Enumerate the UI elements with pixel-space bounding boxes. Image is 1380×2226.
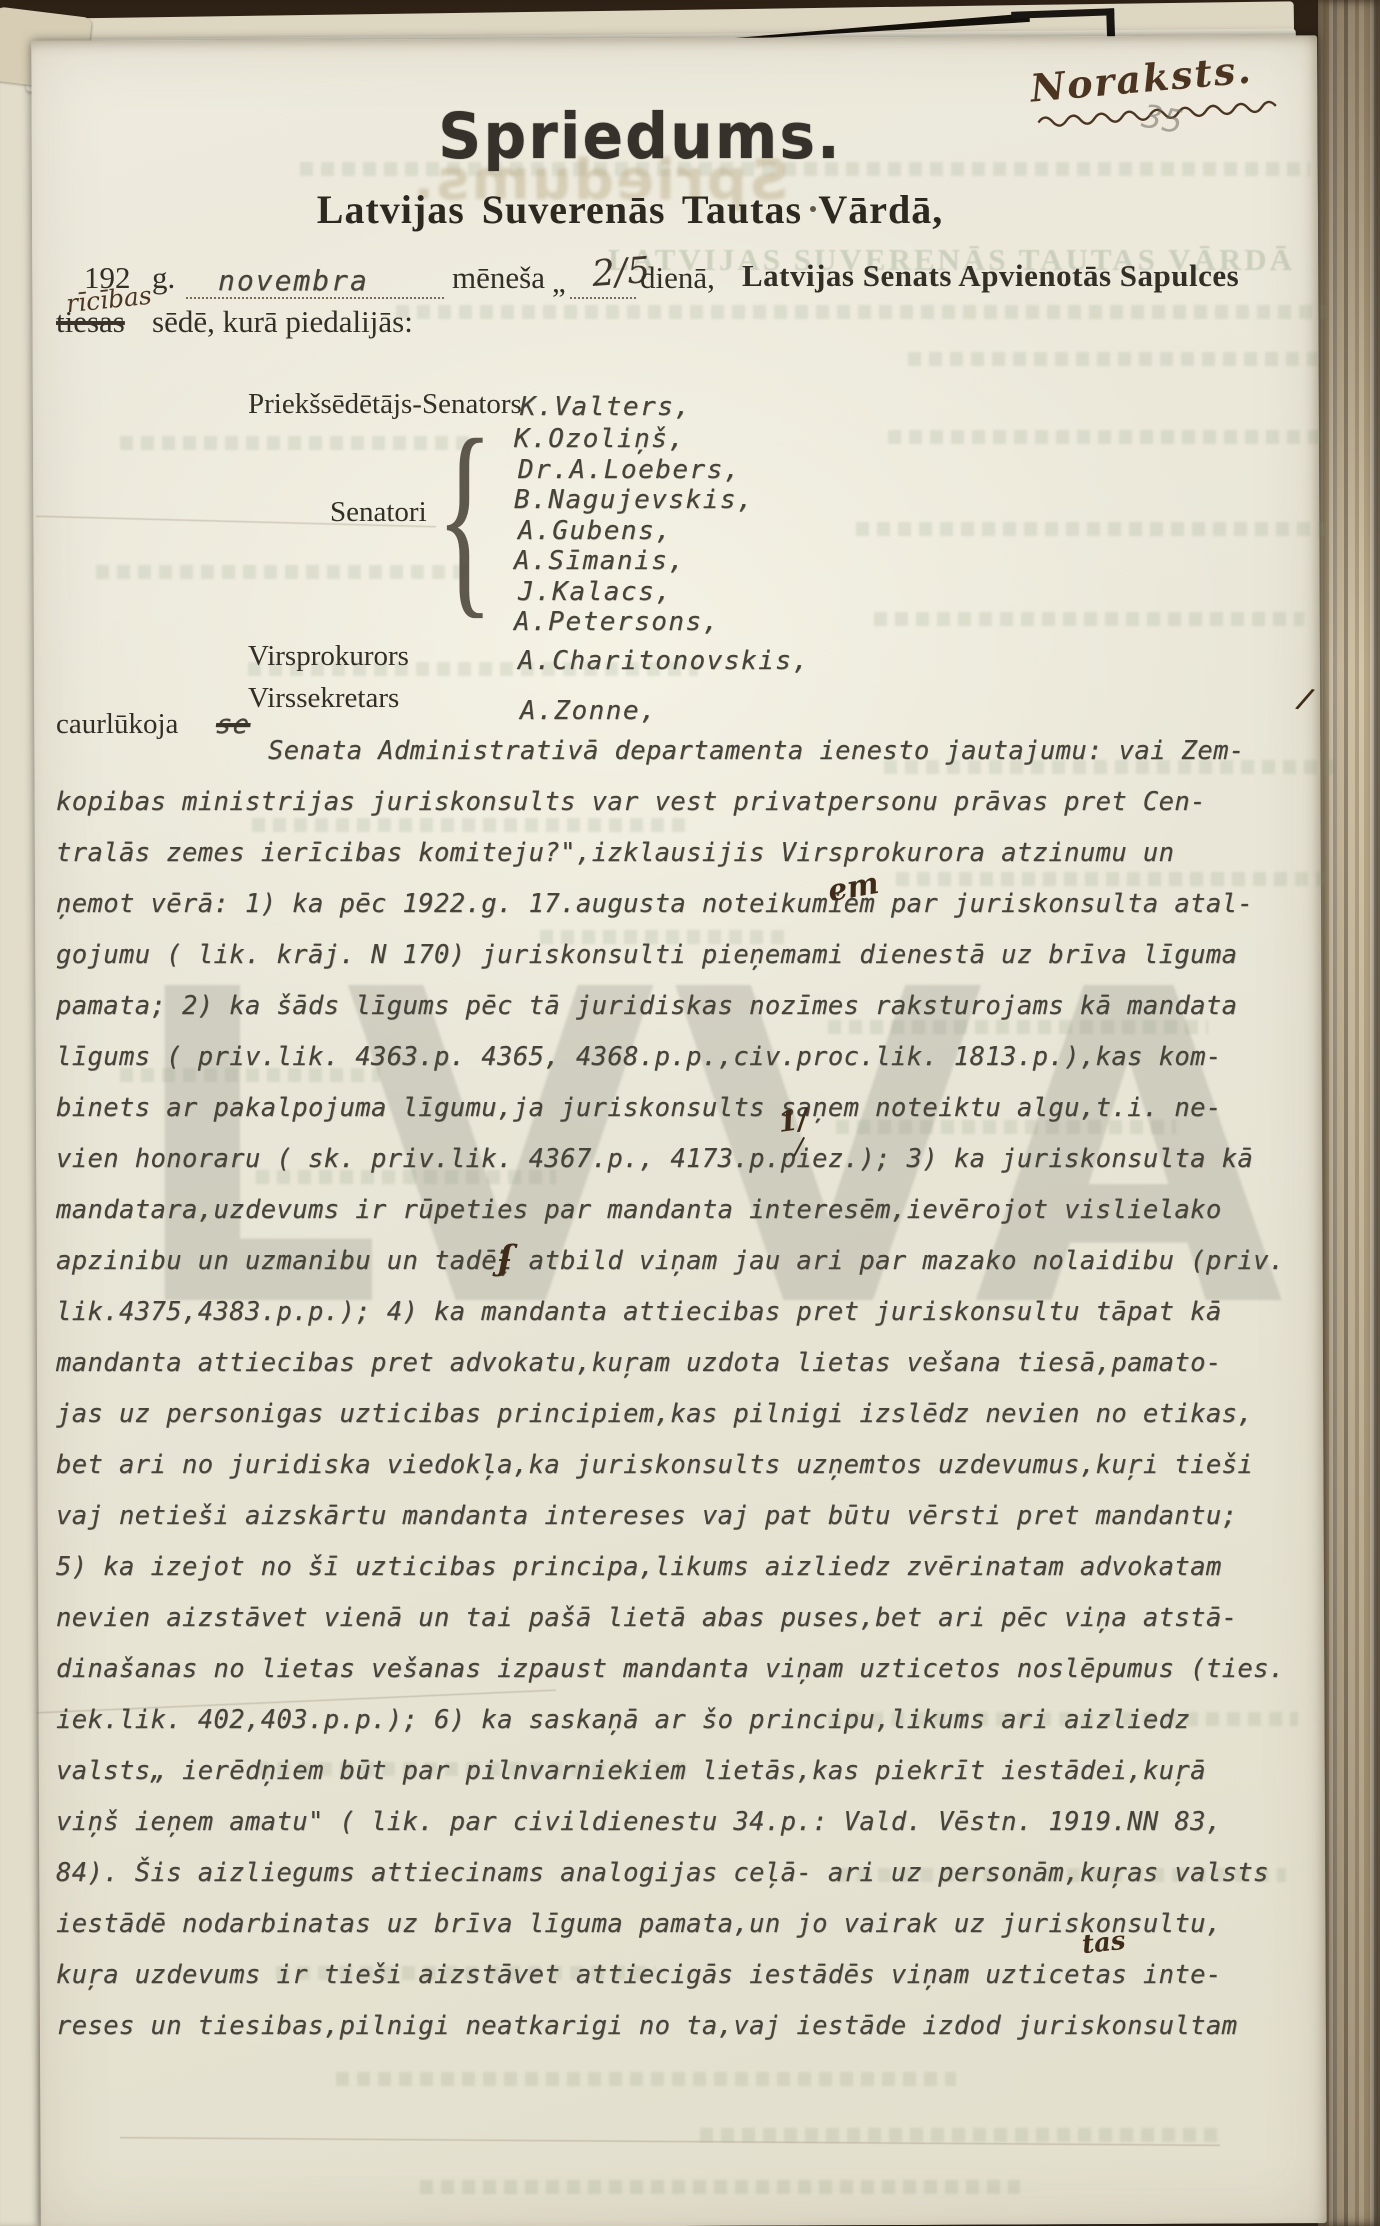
body-line: lik.4375,4383.p.p.); 4) ka mandanta atti… xyxy=(56,1297,1331,1348)
body-line: līgums ( priv.lik. 4363.p. 4365, 4368.p.… xyxy=(56,1042,1331,1093)
body-line: bet ari no juridiska viedokļa,ka jurisko… xyxy=(56,1450,1331,1501)
body-line: ņemot vērā: 1) ka pēc 1922.g. 17.augusta… xyxy=(56,889,1331,940)
senators-label: Senatori xyxy=(330,496,427,529)
showthrough-text-smudge xyxy=(856,522,1326,536)
body-line: nevien aizstāvet vienā un tai pašā lietā… xyxy=(56,1603,1331,1654)
senator-name: J.Kalacs, xyxy=(518,577,754,608)
body-line: vaj netieši aizskārtu mandanta intereses… xyxy=(56,1501,1331,1552)
senator-name: A.Gubens, xyxy=(518,516,754,547)
scanned-document-page: Spriedums. LATVIJAS SUVERENĀS TAUTAS VĀR… xyxy=(0,0,1380,2226)
body-line: mandatara,uzdevums ir rūpeties par manda… xyxy=(56,1195,1331,1246)
prosecutor-name: A.Charitonovskis, xyxy=(518,646,810,676)
body-line: jas uz personigas uzticibas principiem,k… xyxy=(56,1399,1331,1450)
body-line: kopibas ministrijas juriskonsults var ve… xyxy=(56,787,1331,838)
showthrough-text-smudge xyxy=(396,305,1326,319)
body-line: dinašanas no lietas vešanas izpaust mand… xyxy=(56,1654,1331,1705)
body-line: reses un tiesibas,pilnigi neatkarigi no … xyxy=(56,2011,1331,2062)
day-word: dienā, xyxy=(640,260,715,296)
senator-name: K.Ozoliņš, xyxy=(514,424,754,455)
showthrough-text-smudge xyxy=(874,612,1304,626)
brace-glyph: { xyxy=(436,408,494,626)
body-line: apzinibu un uzmanibu un tadēļ atbild viņ… xyxy=(56,1246,1331,1297)
handwritten-insertion: tas xyxy=(1081,1926,1127,1960)
ink-correction-curl: ʄ xyxy=(498,1238,513,1278)
form-dotted-line xyxy=(570,296,636,299)
body-line: iek.lik. 402,403.p.p.); 6) ka saskaņā ar… xyxy=(56,1705,1331,1756)
senator-name: A.Petersons, xyxy=(514,607,754,638)
body-line: mandanta attiecibas pret advokatu,kuŗam … xyxy=(56,1348,1331,1399)
showthrough-text-smudge xyxy=(888,430,1328,444)
showthrough-text-smudge xyxy=(700,2128,1220,2142)
senators-list: K.Ozoliņš,Dr.A.Loebers,B.Nagujevskis,A.G… xyxy=(514,424,754,638)
secretary-name: A.Zonne, xyxy=(520,696,657,726)
pencil-page-number: 35 xyxy=(1139,97,1186,141)
body-line: Senata Administrativā departamenta ienes… xyxy=(56,736,1331,787)
body-line: vien honoraru ( sk. priv.lik. 4367.p., 4… xyxy=(56,1144,1331,1195)
showthrough-text-smudge xyxy=(96,565,466,579)
year-unit: g. xyxy=(152,260,175,296)
body-line: 5) ka izejot no šī uzticibas principa,li… xyxy=(56,1552,1331,1603)
body-line: viņš ieņem amatu" ( lik. par civildienes… xyxy=(56,1807,1331,1858)
page-subtitle: Latvijas Suverenās Tautas Vārdā, xyxy=(210,186,1050,233)
body-line: kuŗa uzdevums ir tieši aizstāvet attieci… xyxy=(56,1960,1331,2011)
handwritten-insertion: 1/ xyxy=(776,1102,810,1139)
senator-name: A.Sīmanis, xyxy=(514,546,754,577)
session-text: sēdē, kurā piedalijās: xyxy=(152,304,413,340)
showthrough-text-smudge xyxy=(120,436,470,450)
body-line: pamata; 2) ka šāds līgums pēc tā juridis… xyxy=(56,991,1331,1042)
body-line: iestādē nodarbinatas uz brīva līguma pam… xyxy=(56,1909,1331,1960)
body-line: gojumu ( lik. krāj. N 170) juriskonsulti… xyxy=(56,940,1331,991)
chairman-name: K.Valters, xyxy=(520,392,692,422)
page-title: Spriedums. xyxy=(330,100,950,174)
open-quote: „ xyxy=(552,264,566,300)
senator-name: Dr.A.Loebers, xyxy=(518,455,754,486)
prosecutor-label: Virsprokurors xyxy=(248,640,409,673)
showthrough-text-smudge xyxy=(336,2072,956,2086)
body-line: tralās zemes ierīcibas komiteju?",izklau… xyxy=(56,838,1331,889)
showthrough-text-smudge xyxy=(420,2180,1020,2194)
body-line: 84). Šis aizliegums attiecinams analogij… xyxy=(56,1858,1331,1909)
month-word: mēneša xyxy=(452,260,545,296)
struck-word: tiesas xyxy=(56,304,125,340)
body-line: valsts„ ierēdņiem būt par pilnvarniekiem… xyxy=(56,1756,1331,1807)
secretary-label: Virssekretars xyxy=(248,682,399,715)
judgment-body-text: Senata Administrativā departamenta ienes… xyxy=(56,736,1331,2062)
showthrough-text-smudge xyxy=(908,352,1318,366)
senator-name: B.Nagujevskis, xyxy=(514,485,754,516)
court-name: Latvijas Senats Apvienotās Sapulces xyxy=(742,258,1239,294)
typed-month: novembra xyxy=(218,264,369,297)
body-line: binets ar pakalpojuma līgumu,ja juriskon… xyxy=(56,1093,1331,1144)
